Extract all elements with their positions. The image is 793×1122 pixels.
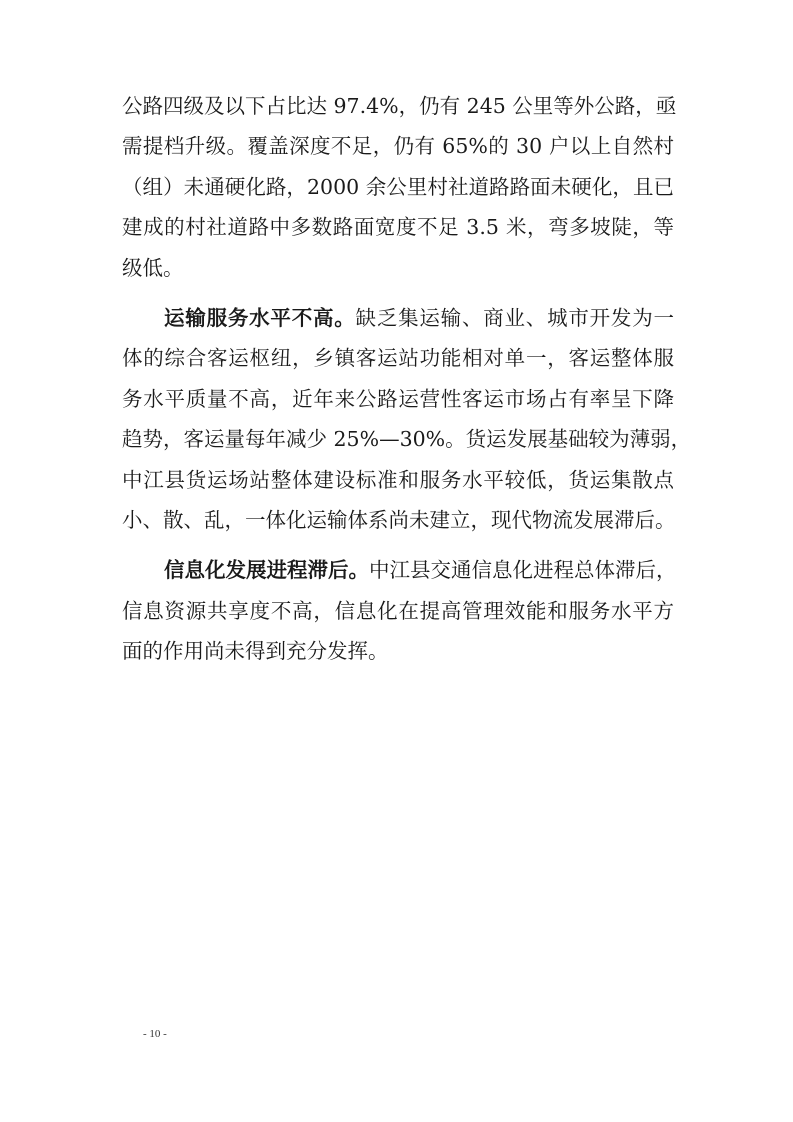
body-text: 公路四级及以下占比达 97.4%，仍有 245 公里等外公路，亟 需提档升级。覆…	[122, 86, 674, 671]
paragraph-transport-service: 运输服务水平不高。缺乏集运输、商业、城市开发为一 体的综合客运枢纽，乡镇客运站功…	[122, 298, 674, 540]
text-run: 中江县交通信息化进程总体滞后，	[369, 558, 677, 582]
text-line: 公路四级及以下占比达 97.4%，仍有 245 公里等外公路，亟	[122, 86, 674, 126]
paragraph-informatization: 信息化发展进程滞后。中江县交通信息化进程总体滞后， 信息资源共享度不高，信息化在…	[122, 550, 674, 671]
text-line: 体的综合客运枢纽，乡镇客运站功能相对单一，客运整体服	[122, 338, 674, 378]
page-number: - 10 -	[143, 1028, 167, 1040]
paragraph-heading: 信息化发展进程滞后。	[164, 558, 369, 582]
text-line: 运输服务水平不高。缺乏集运输、商业、城市开发为一	[122, 298, 674, 338]
text-run: 缺乏集运输、商业、城市开发为一	[356, 306, 674, 330]
text-line: 需提档升级。覆盖深度不足，仍有 65%的 30 户以上自然村	[122, 126, 674, 166]
document-page: 公路四级及以下占比达 97.4%，仍有 245 公里等外公路，亟 需提档升级。覆…	[0, 0, 793, 1122]
text-line: 面的作用尚未得到充分发挥。	[122, 631, 674, 671]
text-line: 建成的村社道路中多数路面宽度不足 3.5 米，弯多坡陡，等	[122, 207, 674, 247]
text-line: 信息资源共享度不高，信息化在提高管理效能和服务水平方	[122, 591, 674, 631]
paragraph-road-grade: 公路四级及以下占比达 97.4%，仍有 245 公里等外公路，亟 需提档升级。覆…	[122, 86, 674, 288]
text-line: 务水平质量不高，近年来公路运营性客运市场占有率呈下降	[122, 379, 674, 419]
text-line: 中江县货运场站整体建设标准和服务水平较低，货运集散点	[122, 460, 674, 500]
text-line: 信息化发展进程滞后。中江县交通信息化进程总体滞后，	[122, 550, 674, 590]
paragraph-heading: 运输服务水平不高。	[164, 306, 356, 330]
text-line: 级低。	[122, 248, 674, 288]
text-line: 小、散、乱，一体化运输体系尚未建立，现代物流发展滞后。	[122, 500, 674, 540]
text-line: （组）未通硬化路，2000 余公里村社道路路面未硬化，且已	[122, 167, 674, 207]
text-line: 趋势，客运量每年减少 25%—30%。货运发展基础较为薄弱，	[122, 419, 674, 459]
